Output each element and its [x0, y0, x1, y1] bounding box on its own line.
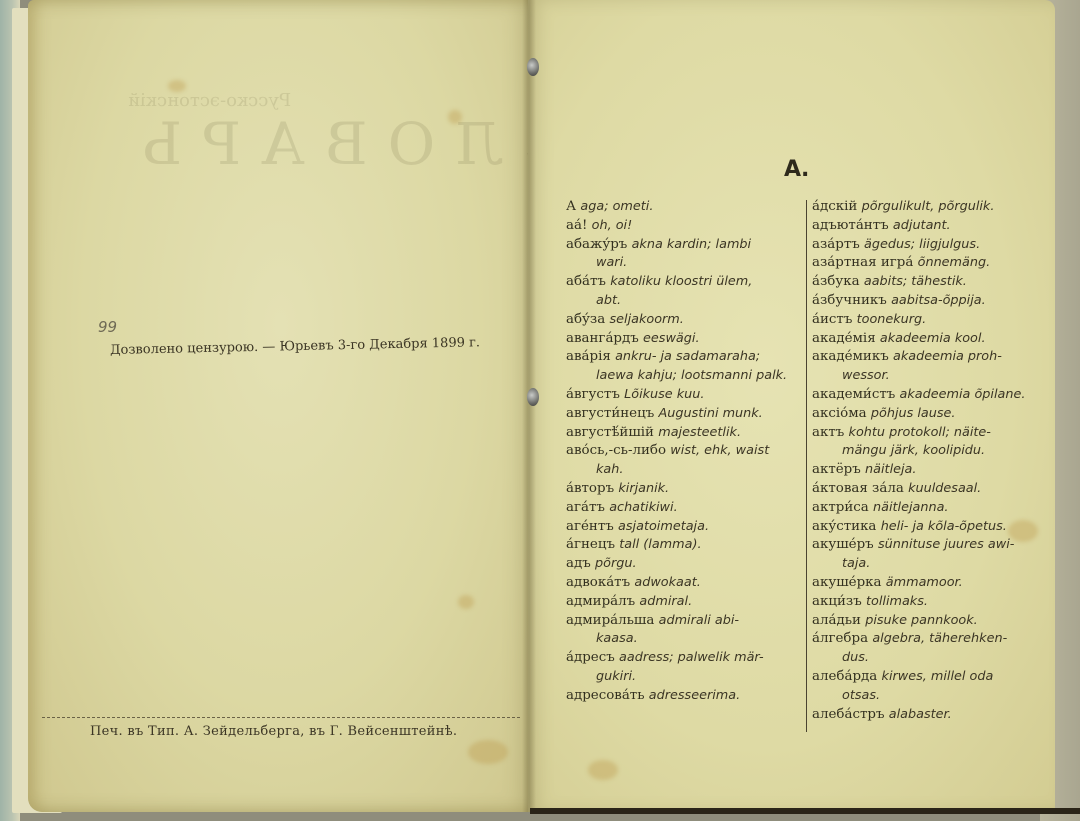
dictionary-entry: а́гнецъ tall (lamma). — [566, 536, 802, 555]
entry-headword: ага́тъ — [566, 500, 605, 515]
entry-translation: seljakoorm. — [609, 312, 683, 327]
dictionary-entry: ава́рія ankru- ja sadamaraha;laewa kahju… — [566, 348, 802, 386]
dictionary-entry: адмира́льша admirali abi-kaasa. — [566, 612, 802, 650]
imprint-divider — [42, 717, 520, 718]
entry-headword: аку́стика — [812, 519, 876, 534]
entry-translation: majesteetlik. — [658, 425, 741, 440]
entry-translation: tollimaks. — [866, 594, 928, 609]
entry-translation: kuuldesaal. — [908, 481, 981, 496]
dictionary-entry: абу́за seljakoorm. — [566, 311, 802, 330]
entry-translation: pisuke pannkook. — [865, 613, 978, 628]
entry-headword: а́ктовая за́ла — [812, 481, 904, 496]
entry-translation: näitlejanna. — [873, 500, 948, 515]
entry-translation: achatikiwi. — [609, 500, 677, 515]
entry-translation: adresseerima. — [649, 688, 740, 703]
entry-headword: а́вгустъ — [566, 387, 620, 402]
entry-headword: актёръ — [812, 462, 861, 477]
entry-translation: aga; ometi. — [580, 199, 653, 214]
entry-headword: а́збука — [812, 274, 860, 289]
entry-translation: kirjanik. — [618, 481, 669, 496]
dictionary-entry: А aga; ometi. — [566, 198, 802, 217]
dictionary-entry: аза́ртъ ägedus; liigjulgus. — [812, 236, 1058, 255]
entry-continuation: mängu järk, koolipidu. — [812, 442, 1058, 461]
entry-headword: августи́нецъ — [566, 406, 654, 421]
entry-translation: adwokaat. — [634, 575, 700, 590]
entry-continuation: abt. — [566, 292, 802, 311]
foxing-stain — [448, 110, 462, 124]
entry-translation: oh, oi! — [592, 218, 633, 233]
entry-headword: аба́тъ — [566, 274, 606, 289]
left-page: Русско-эстонскій СЛОВАРЬ — [28, 0, 533, 812]
entry-continuation: wessor. — [812, 367, 1058, 386]
entry-headword: адъ — [566, 556, 591, 571]
entry-headword: адмира́льша — [566, 613, 654, 628]
entry-translation: wist, ehk, waist — [670, 443, 769, 458]
dictionary-entry: акаде́микъ akadeemia proh-wessor. — [812, 348, 1058, 386]
section-heading-letter: А. — [784, 157, 809, 182]
dictionary-entry: адвока́тъ adwokaat. — [566, 574, 802, 593]
entry-translation: näitleja. — [865, 462, 916, 477]
entry-translation: Augustini munk. — [659, 406, 763, 421]
dictionary-entry: абажу́ръ akna kardin; lambiwari. — [566, 236, 802, 274]
entry-translation: akadeemia õpilane. — [900, 387, 1026, 402]
entry-headword: А — [566, 199, 576, 214]
entry-headword: а́збучникъ — [812, 293, 887, 308]
entry-translation: alabaster. — [889, 707, 952, 722]
entry-translation: admiral. — [639, 594, 692, 609]
entry-translation: katoliku kloostri ülem, — [610, 274, 752, 289]
entry-headword: академи́стъ — [812, 387, 895, 402]
entry-translation: kohtu protokoll; näite- — [849, 425, 991, 440]
dictionary-entry: акуше́рка ämmamoor. — [812, 574, 1058, 593]
entry-headword: а́гнецъ — [566, 537, 615, 552]
entry-headword: акуше́ръ — [812, 537, 874, 552]
entry-headword: аза́ртная игра́ — [812, 255, 913, 270]
dictionary-entry: ала́дьи pisuke pannkook. — [812, 612, 1058, 631]
book-cover-edge — [530, 808, 1080, 814]
entry-translation: asjatoimetaja. — [618, 519, 709, 534]
entry-translation: akna kardin; lambi — [632, 237, 752, 252]
foxing-stain — [458, 595, 474, 609]
entry-translation: põrgu. — [595, 556, 637, 571]
dictionary-entry: актёръ näitleja. — [812, 461, 1058, 480]
dictionary-entry: аза́ртная игра́ õnnemäng. — [812, 254, 1058, 273]
entry-translation: aabits; tähestik. — [864, 274, 967, 289]
entry-headword: аге́нтъ — [566, 519, 614, 534]
entry-translation: põrgulikult, põrgulik. — [862, 199, 995, 214]
entry-headword: ала́дьи — [812, 613, 861, 628]
foxing-stain — [588, 760, 618, 780]
entry-headword: аксіо́ма — [812, 406, 867, 421]
foxing-stain — [468, 740, 508, 764]
entry-continuation: kah. — [566, 461, 802, 480]
entry-translation: ankru- ja sadamaraha; — [615, 349, 760, 364]
column-divider — [806, 200, 807, 732]
entry-translation: admirali abi- — [659, 613, 739, 628]
book-spine-gutter — [522, 0, 536, 812]
dictionary-entry: ага́тъ achatikiwi. — [566, 499, 802, 518]
entry-headword: акуше́рка — [812, 575, 882, 590]
dictionary-column-right: а́дскій põrgulikult, põrgulik.адъюта́нтъ… — [812, 198, 1058, 724]
dictionary-entry: а́ктовая за́ла kuuldesaal. — [812, 480, 1058, 499]
entry-translation: õnnemäng. — [918, 255, 991, 270]
entry-headword: алеба́рда — [812, 669, 877, 684]
entry-continuation: wari. — [566, 254, 802, 273]
printer-imprint: Печ. въ Тип. А. Зейдельберга, въ Г. Вейс… — [90, 724, 457, 739]
dictionary-entry: а́истъ toonekurg. — [812, 311, 1058, 330]
dictionary-entry: академи́стъ akadeemia õpilane. — [812, 386, 1058, 405]
entry-headword: августѣ́йшій — [566, 425, 654, 440]
entry-headword: акци́зъ — [812, 594, 862, 609]
entry-headword: алеба́стръ — [812, 707, 884, 722]
entry-translation: ägedus; liigjulgus. — [864, 237, 980, 252]
entry-headword: аванга́рдъ — [566, 331, 639, 346]
show-through-subtitle: Русско-эстонскій — [128, 90, 291, 111]
show-through-title: СЛОВАРЬ — [123, 110, 568, 178]
dictionary-entry: аво́сь,-сь-либо wist, ehk, waistkah. — [566, 442, 802, 480]
entry-headword: адмира́лъ — [566, 594, 635, 609]
handwritten-note: 99 — [98, 318, 117, 336]
dictionary-entry: адмира́лъ admiral. — [566, 593, 802, 612]
dictionary-entry: аванга́рдъ eeswägi. — [566, 330, 802, 349]
dictionary-entry: акуше́ръ sünnituse juures awi-taja. — [812, 536, 1058, 574]
entry-continuation: otsas. — [812, 687, 1058, 706]
dictionary-entry: а́збучникъ aabitsa-õppija. — [812, 292, 1058, 311]
entry-translation: akadeemia kool. — [880, 331, 986, 346]
entry-headword: адъюта́нтъ — [812, 218, 889, 233]
dictionary-entry: аа́! oh, oi! — [566, 217, 802, 236]
dictionary-entry: актри́са näitlejanna. — [812, 499, 1058, 518]
entry-translation: tall (lamma). — [619, 537, 701, 552]
entry-headword: актри́са — [812, 500, 869, 515]
dictionary-entry: акци́зъ tollimaks. — [812, 593, 1058, 612]
entry-headword: ава́рія — [566, 349, 611, 364]
dictionary-entry: адъ põrgu. — [566, 555, 802, 574]
entry-headword: актъ — [812, 425, 844, 440]
dictionary-column-left: А aga; ometi.аа́! oh, oi!абажу́ръ akna k… — [566, 198, 802, 706]
dictionary-entry: адресова́ть adresseerima. — [566, 687, 802, 706]
entry-translation: eeswägi. — [643, 331, 699, 346]
foxing-stain — [168, 80, 186, 92]
staple-top — [527, 58, 539, 76]
dictionary-entry: а́дресъ aadress; palwelik mär-gukiri. — [566, 649, 802, 687]
dictionary-entry: а́збука aabits; tähestik. — [812, 273, 1058, 292]
entry-translation: toonekurg. — [857, 312, 927, 327]
entry-headword: акаде́микъ — [812, 349, 889, 364]
entry-headword: а́истъ — [812, 312, 852, 327]
dictionary-entry: аку́стика heli- ja kõla-õpetus. — [812, 518, 1058, 537]
dictionary-entry: актъ kohtu protokoll; näite-mängu järk, … — [812, 424, 1058, 462]
entry-headword: аза́ртъ — [812, 237, 860, 252]
entry-continuation: dus. — [812, 649, 1058, 668]
dictionary-entry: акаде́мія akadeemia kool. — [812, 330, 1058, 349]
entry-translation: heli- ja kõla-õpetus. — [881, 519, 1007, 534]
entry-translation: kirwes, millel oda — [882, 669, 994, 684]
entry-headword: адвока́тъ — [566, 575, 630, 590]
entry-headword: аво́сь,-сь-либо — [566, 443, 666, 458]
entry-continuation: kaasa. — [566, 630, 802, 649]
entry-continuation: gukiri. — [566, 668, 802, 687]
dictionary-entry: августѣ́йшій majesteetlik. — [566, 424, 802, 443]
dictionary-entry: а́вторъ kirjanik. — [566, 480, 802, 499]
entry-headword: аа́! — [566, 218, 587, 233]
entry-translation: aadress; palwelik mär- — [619, 650, 764, 665]
entry-translation: põhjus lause. — [871, 406, 956, 421]
entry-translation: sünnituse juures awi- — [878, 537, 1014, 552]
entry-continuation: taja. — [812, 555, 1058, 574]
entry-translation: adjutant. — [893, 218, 951, 233]
entry-headword: а́дскій — [812, 199, 857, 214]
entry-translation: Lõikuse kuu. — [624, 387, 704, 402]
entry-translation: ämmamoor. — [886, 575, 963, 590]
dictionary-entry: августи́нецъ Augustini munk. — [566, 405, 802, 424]
entry-headword: адресова́ть — [566, 688, 645, 703]
entry-headword: а́вторъ — [566, 481, 614, 496]
staple-middle — [527, 388, 539, 406]
entry-headword: абажу́ръ — [566, 237, 627, 252]
dictionary-entry: аба́тъ katoliku kloostri ülem,abt. — [566, 273, 802, 311]
entry-headword: а́дресъ — [566, 650, 615, 665]
dictionary-entry: алеба́стръ alabaster. — [812, 706, 1058, 725]
dictionary-entry: адъюта́нтъ adjutant. — [812, 217, 1058, 236]
entry-continuation: laewa kahju; lootsmanni palk. — [566, 367, 802, 386]
dictionary-entry: аксіо́ма põhjus lause. — [812, 405, 1058, 424]
dictionary-entry: а́лгебра algebra, täherehken-dus. — [812, 630, 1058, 668]
entry-headword: акаде́мія — [812, 331, 876, 346]
entry-translation: algebra, täherehken- — [872, 631, 1007, 646]
dictionary-entry: аге́нтъ asjatoimetaja. — [566, 518, 802, 537]
entry-headword: абу́за — [566, 312, 605, 327]
dictionary-entry: алеба́рда kirwes, millel odaotsas. — [812, 668, 1058, 706]
entry-translation: aabitsa-õppija. — [891, 293, 986, 308]
entry-translation: akadeemia proh- — [893, 349, 1002, 364]
dictionary-entry: а́дскій põrgulikult, põrgulik. — [812, 198, 1058, 217]
dictionary-entry: а́вгустъ Lõikuse kuu. — [566, 386, 802, 405]
entry-headword: а́лгебра — [812, 631, 868, 646]
